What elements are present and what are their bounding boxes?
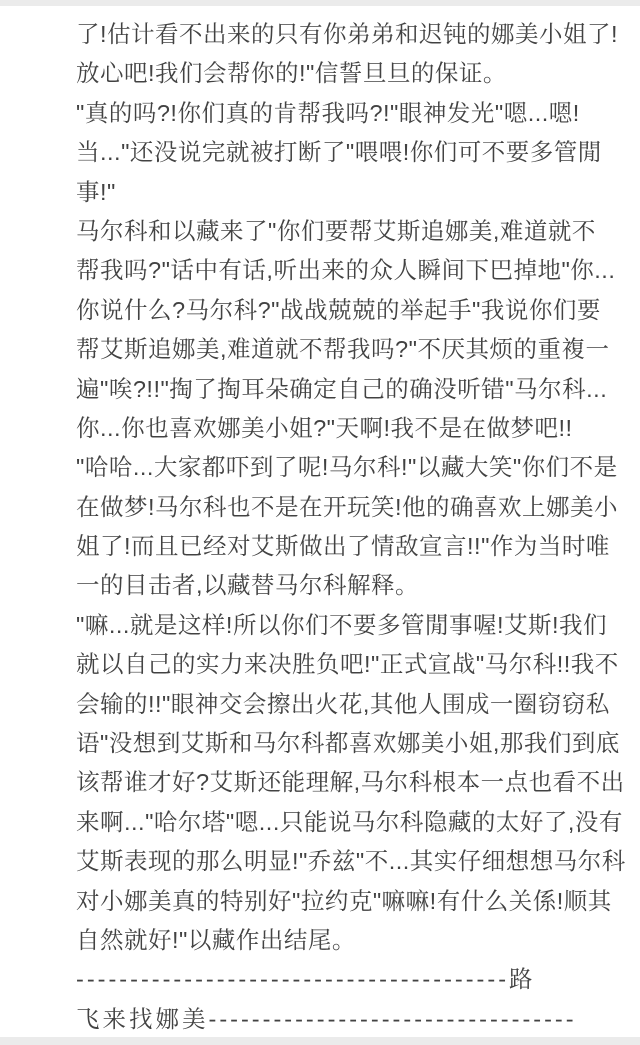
text-line: 你说什么?马尔科?"战战兢兢的举起手"我说你们要 bbox=[76, 291, 616, 330]
text-line: 马尔科和以藏来了"你们要帮艾斯追娜美,难道就不 bbox=[76, 212, 616, 251]
text-line: 飞来找娜美---------------------------------- bbox=[76, 1000, 616, 1039]
text-line: 姐了!而且已经对艾斯做出了情敌宣言!!"作为当时唯 bbox=[76, 527, 616, 566]
text-line: ----------------------------------------… bbox=[76, 960, 616, 999]
text-line: 对小娜美真的特别好"拉约克"嘛嘛!有什么关係!顺其 bbox=[76, 882, 616, 921]
reader-text-area: 了!估计看不出来的只有你弟弟和迟钝的娜美小姐了!放心吧!我们会帮你的!"信誓旦旦… bbox=[76, 15, 616, 1039]
text-line: 会输的!!"眼神交会擦出火花,其他人围成一圈窃窃私 bbox=[76, 685, 616, 724]
text-line: 帮我吗?"话中有话,听出来的众人瞬间下巴掉地"你... bbox=[76, 251, 616, 290]
text-line: 事!" bbox=[76, 173, 616, 212]
reader-page: 了!估计看不出来的只有你弟弟和迟钝的娜美小姐了!放心吧!我们会帮你的!"信誓旦旦… bbox=[0, 0, 640, 1045]
text-line: 来啊..."哈尔塔"嗯...只能说马尔科隐藏的太好了,没有 bbox=[76, 803, 616, 842]
text-line: 当..."还没说完就被打断了"喂喂!你们可不要多管閒 bbox=[76, 133, 616, 172]
text-line: 艾斯表现的那么明显!"乔兹"不...其实仔细想想马尔科 bbox=[76, 842, 616, 881]
text-line: 在做梦!马尔科也不是在开玩笑!他的确喜欢上娜美小 bbox=[76, 488, 616, 527]
text-line: 语"没想到艾斯和马尔科都喜欢娜美小姐,那我们到底 bbox=[76, 724, 616, 763]
text-line: 放心吧!我们会帮你的!"信誓旦旦的保证。 bbox=[76, 54, 616, 93]
text-line: "真的吗?!你们真的肯帮我吗?!"眼神发光"嗯...嗯! bbox=[76, 94, 616, 133]
text-line: 帮艾斯追娜美,难道就不帮我吗?"不厌其烦的重複一 bbox=[76, 330, 616, 369]
text-line: 该帮谁才好?艾斯还能理解,马尔科根本一点也看不出 bbox=[76, 763, 616, 802]
text-line: 遍"唉?!!"掏了掏耳朵确定自己的确没听错"马尔科... bbox=[76, 370, 616, 409]
top-edge-divider bbox=[0, 0, 640, 6]
text-line: "哈哈...大家都吓到了呢!马尔科!"以藏大笑"你们不是 bbox=[76, 448, 616, 487]
text-line: 一的目击者,以藏替马尔科解释。 bbox=[76, 566, 616, 605]
text-line: "嘛...就是这样!所以你们不要多管閒事喔!艾斯!我们 bbox=[76, 606, 616, 645]
text-line: 自然就好!"以藏作出结尾。 bbox=[76, 921, 616, 960]
text-line: 你...你也喜欢娜美小姐?"天啊!我不是在做梦吧!! bbox=[76, 409, 616, 448]
text-line: 就以自己的实力来决胜负吧!"正式宣战"马尔科!!我不 bbox=[76, 645, 616, 684]
bottom-edge-divider bbox=[0, 1037, 640, 1045]
text-line: 了!估计看不出来的只有你弟弟和迟钝的娜美小姐了! bbox=[76, 15, 616, 54]
